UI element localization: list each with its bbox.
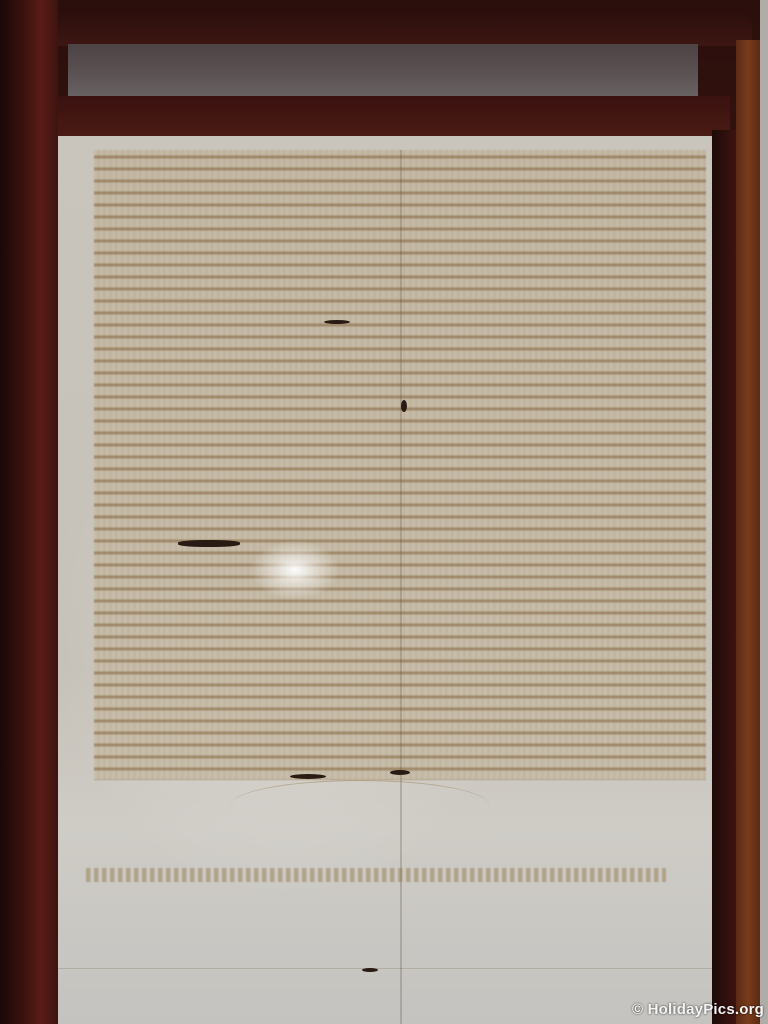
signature-text-line [86,868,666,882]
frame-right-outer-stile [736,40,760,1024]
frame-inner-rail [50,96,730,136]
frame-top-rail [52,8,752,46]
ink-stain [290,774,326,779]
ink-stain [390,770,410,775]
ink-stain [324,320,350,324]
vertical-fold-crease [400,150,402,1024]
signature-flourish [230,780,490,831]
ink-stain [178,540,240,547]
copyright-watermark: © HolidayPics.org [632,1001,764,1018]
frame-gap-wall [68,44,698,100]
frame-left-stile [0,0,58,1024]
frame-right-inner-stile [712,130,736,1024]
glass-glare [250,540,340,600]
horizontal-fold-crease [58,968,712,969]
ink-stain [362,968,378,972]
ink-stain [401,400,407,412]
wall-edge [760,0,768,1024]
